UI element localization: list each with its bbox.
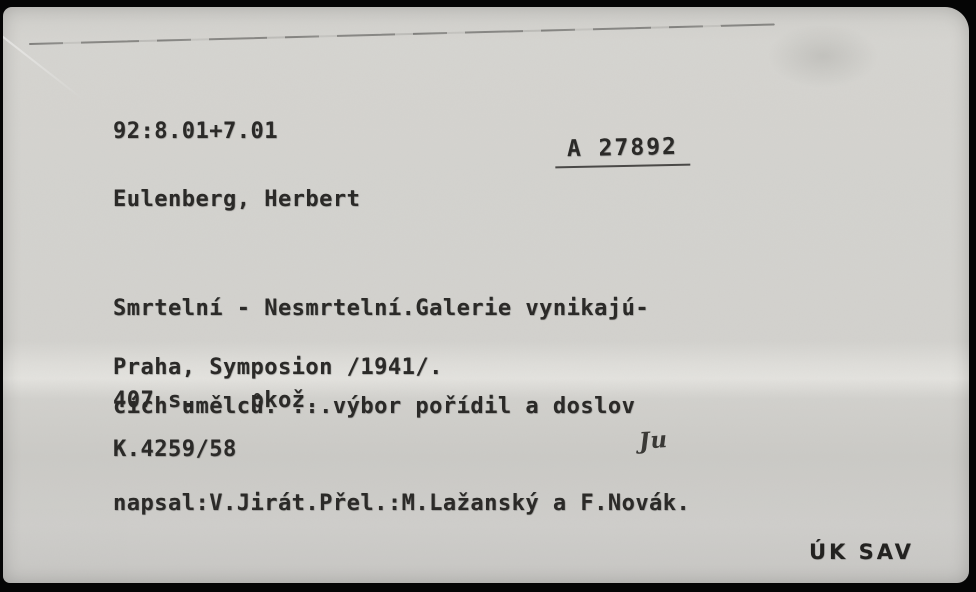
classification-number: 92:8.01+7.01 <box>113 119 278 144</box>
catalog-card: 92:8.01+7.01 A 27892 Eulenberg, Herbert … <box>3 7 969 583</box>
smudge-mark <box>763 21 883 91</box>
accession-number: A 27892 <box>555 134 691 169</box>
collation-statement: 407 s. pkož. <box>113 388 319 413</box>
pencil-mark <box>29 23 775 45</box>
record-number: K.4259/58 <box>113 437 237 462</box>
title-line-1: Smrtelní - Nesmrtelní.Galerie vynikajú- <box>113 293 690 326</box>
author-heading: Eulenberg, Herbert <box>113 187 360 212</box>
imprint-statement: Praha, Symposion /1941/. <box>113 355 443 380</box>
crease-mark <box>3 25 84 100</box>
scanner-background: 92:8.01+7.01 A 27892 Eulenberg, Herbert … <box>0 0 976 592</box>
cataloguer-initials: Ju <box>638 426 668 455</box>
title-line-3: napsal:V.Jirát.Přel.:M.Lažanský a F.Nová… <box>113 488 690 521</box>
library-stamp: ÚK SAV <box>809 540 914 564</box>
